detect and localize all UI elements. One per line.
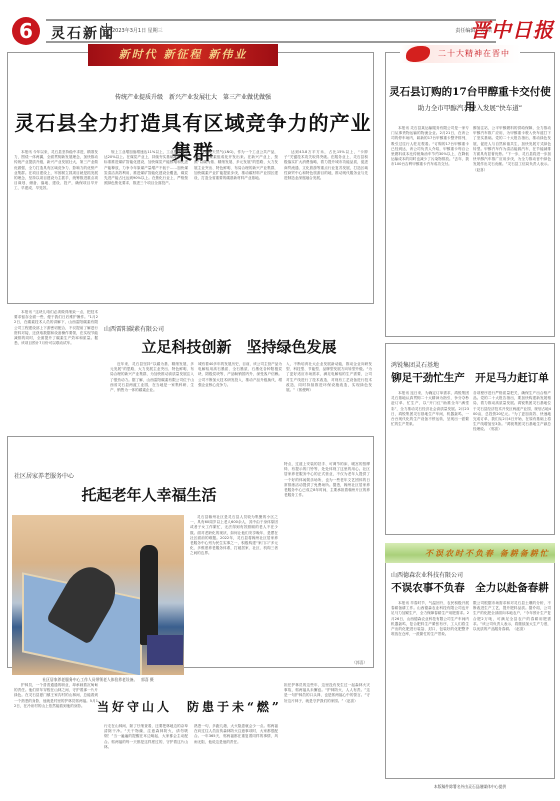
party-flag-icon — [406, 46, 430, 62]
lead-column-1[interactable]: 本报讯 今年以来，灵石县坚持稳中求进，精准发力，围绕一体两翼，全面贯彻新发展理念… — [14, 150, 98, 300]
tech-column-2[interactable]: 城有着40多年的发展历史，目前，该公司主营产品为电解铝用高石墨质、全石墨质、石墨… — [198, 362, 282, 430]
spring-farming-banner: 不误农时不负春 备耕备耕忙 — [385, 543, 555, 563]
elderly-column-1[interactable]: 灵石县翰州社区是灵石县人员较为集聚的小区之一，具有60周岁以上老人600余人，其… — [190, 515, 278, 665]
elderly-care-photo[interactable] — [12, 515, 184, 675]
right-lead-subhead: 助力全市甲醇汽车驶入发展“快车道” — [385, 103, 555, 112]
page-number-badge: 6 — [12, 17, 40, 45]
elderly-headline: 托起老年人幸福生活 — [14, 484, 284, 505]
tech-headline: 立足科技创新 坚持绿色发展 — [104, 336, 374, 357]
glass-column-2[interactable]: 各项程序进行严格质量把关，确保生产出合格产品。党的二十大报告指出，要加快构建新发… — [473, 391, 551, 531]
tech-column-1[interactable]: 近年来，灵石县坚持“以碳为基、精细发展、多元发展”的思路，大力发展主业突出、特色… — [110, 362, 194, 430]
lead-column-3[interactable]: 联合成天然气(LNG)，作为一个工业公共产品，优势产业要素组成化开发出来。在新兴… — [194, 150, 278, 300]
fire-column-3[interactable]: 熟悉一句，多跑几趟，大火隐患就会少一点。郭两福在向过往人员宣传森林防火注意事项时… — [194, 724, 278, 798]
farm-banner-text: 不误农时不负春 备耕备耕忙 — [425, 548, 550, 559]
right-lead-column-1[interactable]: 本报讯 灵石县某运输服务有限公司是一家专门从事货物运输的物流企业。2月21日，在… — [391, 126, 469, 334]
issue-date: 2023年3月1日 星期三 — [112, 27, 163, 34]
glass-headline: 铆足干劲忙生产 开足马力赶订单 — [385, 370, 555, 385]
footer-note: 本版稿件除署名外由灵石县融媒体中心提供 — [380, 784, 560, 790]
farm-kicker: 山西德森农业科技有限公司 — [391, 570, 463, 579]
series-banner: 新时代 新征程 新伟业 — [88, 44, 278, 66]
fire-column-1[interactable]: 护林员，一个普普通通的职业，却承载着沉甸甸的责任。他们常年穿梭在山林之间，守护着… — [14, 683, 98, 798]
lead-subhead: 传统产业提质升级 新兴产业发展壮大 第三产业做优做强 — [7, 92, 379, 101]
right-lead-column-2[interactable]: 醇加注站，公平甲醇燃料的供给保障，全力推动甲醇汽车推广应用，为甲醇重卡驶入快车道… — [473, 126, 551, 334]
staff-member — [140, 545, 158, 645]
fire-column-2[interactable]: 行走在山林间，除了仔细查看，还要把林地边的杂草清除干净。“天干物燥，注意森林防火… — [104, 724, 188, 798]
lead-column-2[interactable]: 规上工业增加值增速达11%以上，工业投资增速达20%以上。在煤炭产业上，持续夯实… — [104, 150, 188, 300]
twentieth-congress-banner: 二十大精神在晋中 — [400, 45, 520, 63]
farm-headline: 不误农事不负春 全力以赴备春耕 — [385, 580, 555, 595]
newspaper-logo: 晋中日报 — [470, 14, 554, 43]
elderly-byline: （郭喜） — [352, 660, 367, 666]
elderly-column-2[interactable]: 特点，过道上安装的扶手、可调节的床、暖宫的按摩椅、有提示的门铃等，处处体现了这里… — [284, 462, 370, 662]
farm-column-1[interactable]: 本报讯 早春时节，气温回升，农民积极开展春耕备耕工作。山西德森农业科技有限公司也… — [391, 601, 469, 775]
tech-kicker: 山西雷阳碳素有限公司 — [104, 324, 164, 333]
farm-column-2[interactable]: 限公司根据市场需求和对灵石县土壤的分析，不断改进生产工艺，提升肥料品质。据介绍，… — [473, 601, 551, 775]
glass-kicker: 鸿锐集团灵石基地 — [391, 360, 439, 369]
lead-column-4[interactable]: 达到43.8万平方米，占比15%以上，“卡脖子”关键技术攻关取得突破。在服务业上… — [284, 150, 368, 300]
glass-column-1[interactable]: 本报讯 连日来，为确定订单需求，鸿锐集团灵石基地认真贯彻二十大精神为指引，争分夺… — [391, 391, 469, 531]
masthead-rule: 灵石新闻 2023年3月1日 星期三 责任编辑：方 琪 — [46, 19, 496, 43]
tech-column-3[interactable]: 入，不断培育壮大企业发展新动能，推动企业向研发型、科技型、节能型、品牌型发展方向… — [286, 362, 372, 430]
elderly-kicker: 社区居家养老服务中心 — [14, 471, 74, 480]
right-banner-text: 二十大精神在晋中 — [438, 48, 510, 59]
cushion — [147, 635, 183, 665]
masthead-separator — [106, 23, 107, 39]
fire-column-4[interactable]: 担任护林员的这些年，这里没有发生过一起森林火灾事故，郭两福从未懈怠。“护林防火，… — [284, 683, 370, 798]
tech-left-column[interactable]: 本报讯 “这块儿咱们必须做得细致一点，把技术要求留存全面一些，便于我们日后维护操… — [14, 310, 98, 428]
fire-headline: 当好守山人 防患于未“燃” — [97, 698, 282, 715]
